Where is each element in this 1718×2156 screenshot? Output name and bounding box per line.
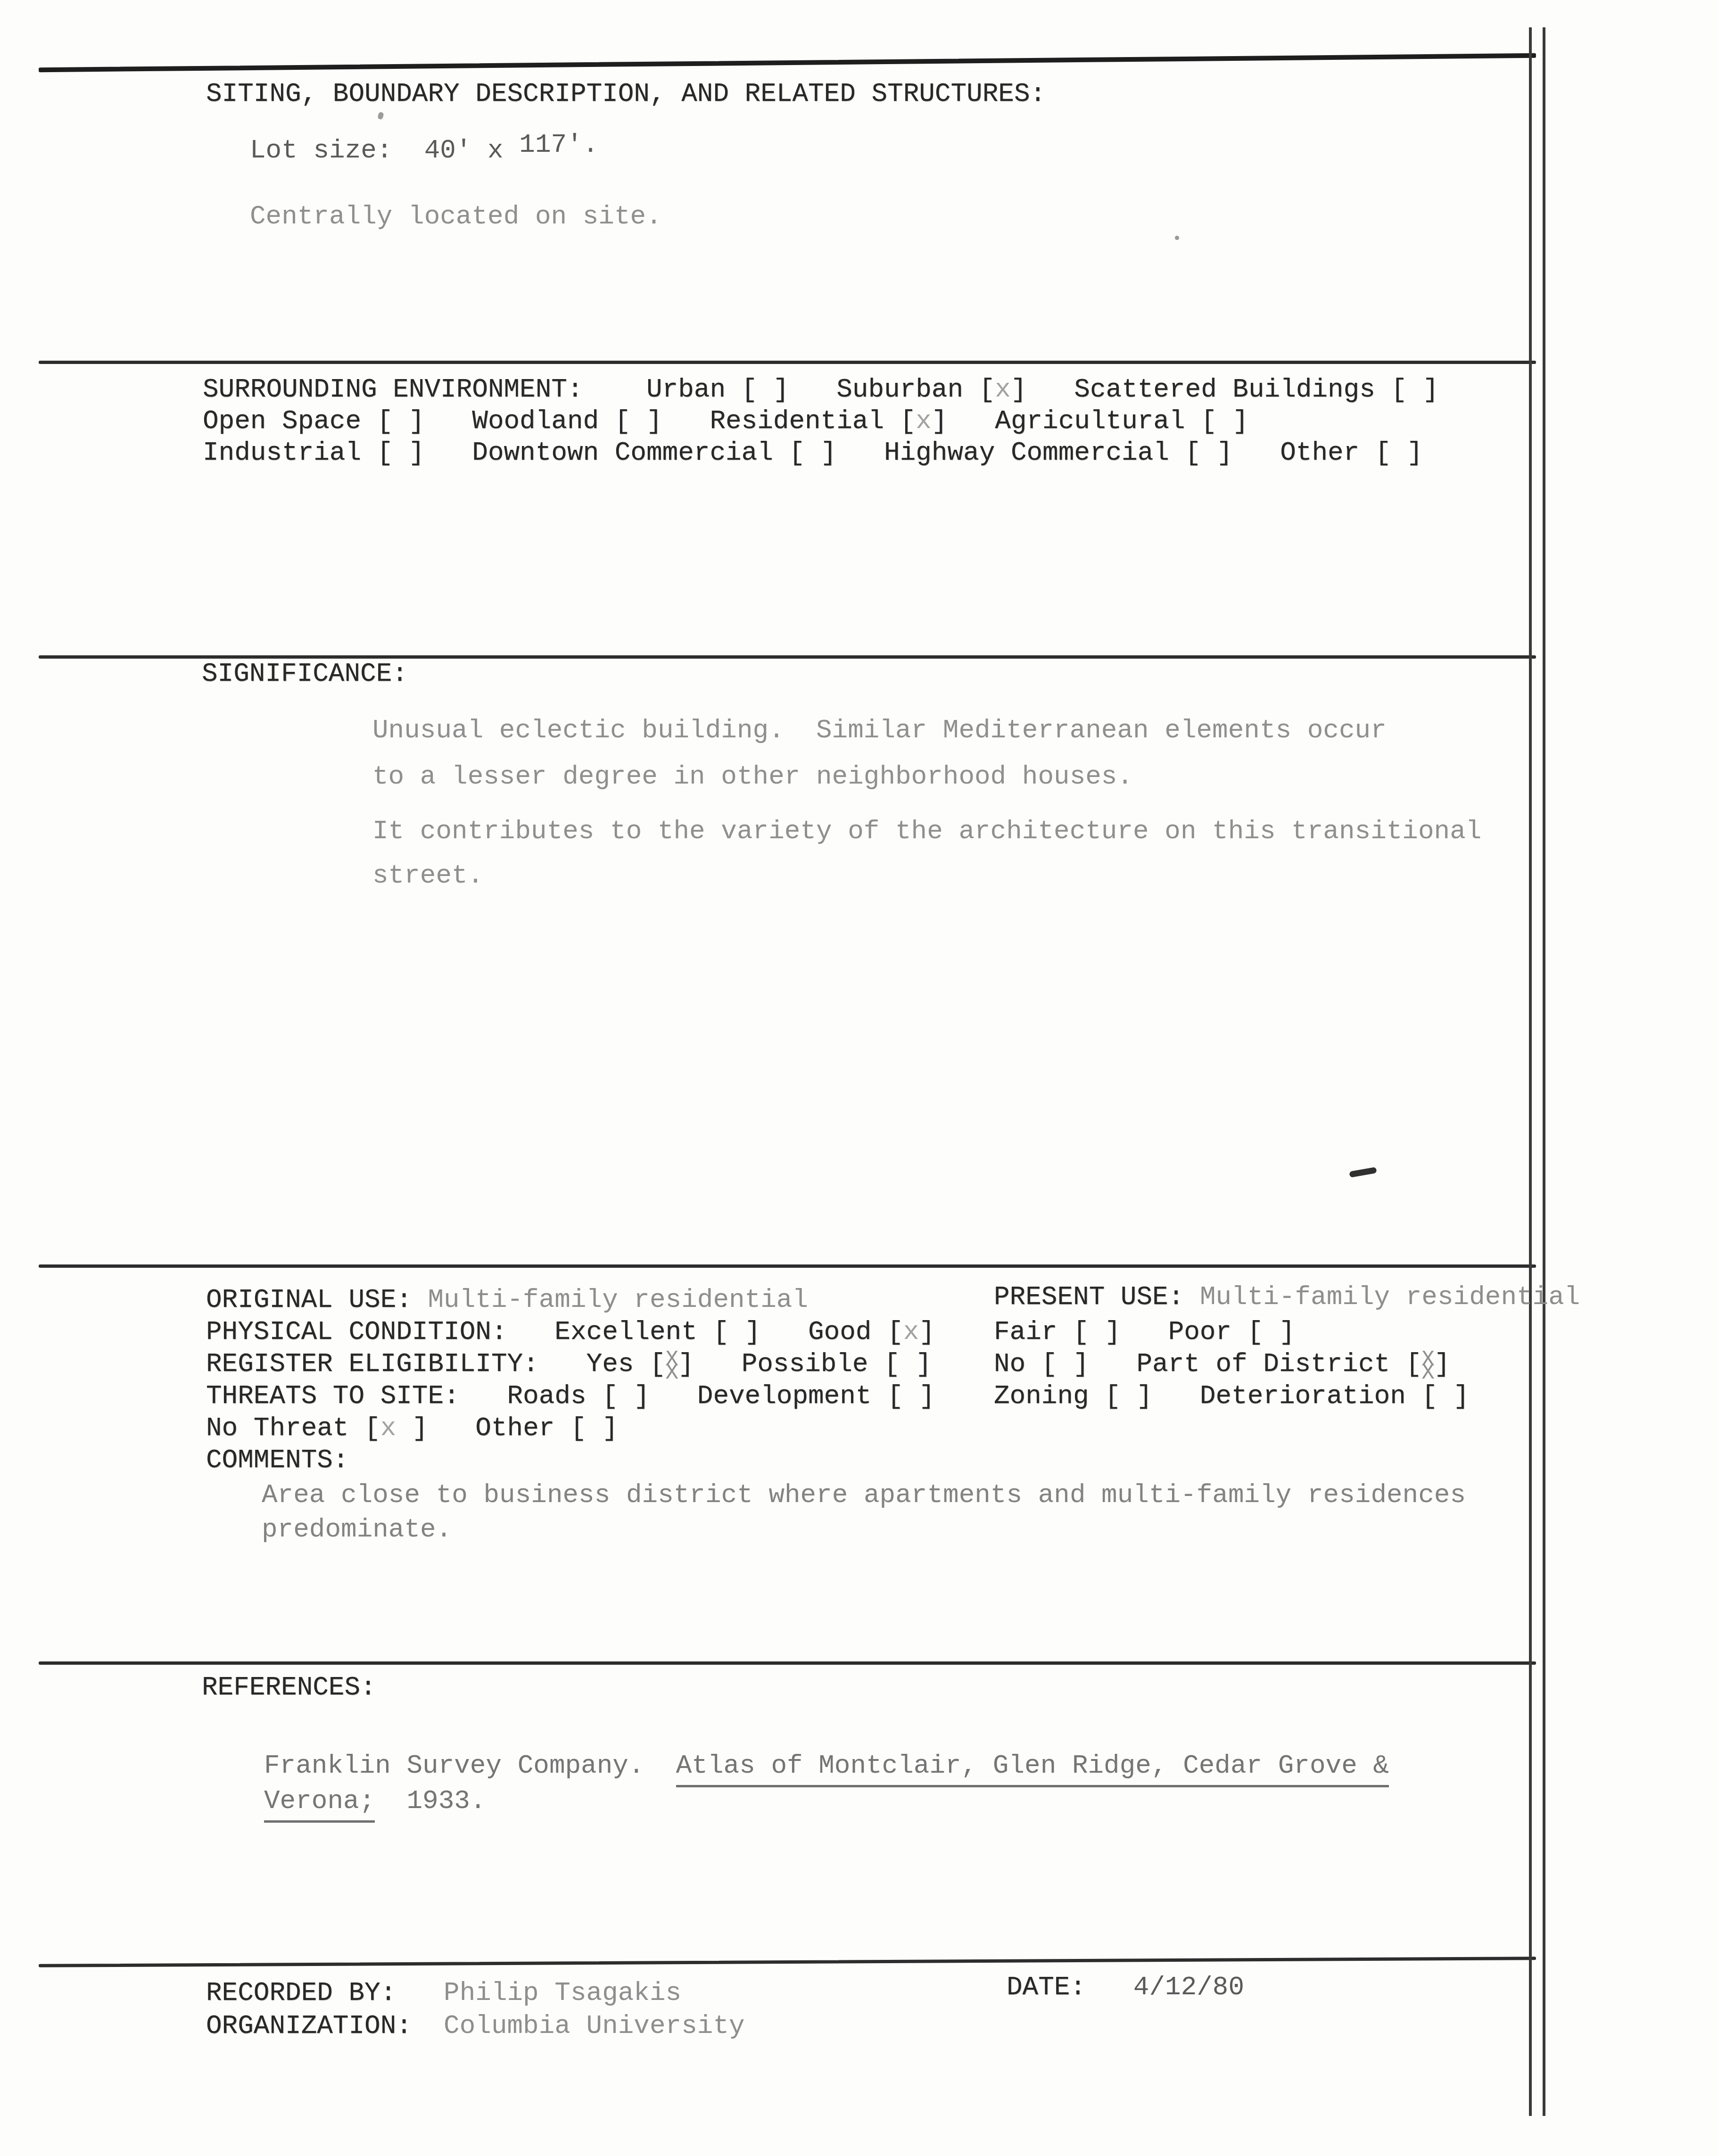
surrounding-environment-row-2: Open Space [ ] Woodland [ ] Residential … <box>203 406 1248 436</box>
reference-citation-line-1: Franklin Survey Company. Atlas of Montcl… <box>264 1751 1389 1780</box>
significance-paragraph1-line2: to a lesser degree in other neighborhood… <box>372 762 1133 791</box>
threats-to-site-right: Zoning [ ] Deterioration [ ] <box>994 1381 1469 1411</box>
section-divider-top <box>39 53 1536 72</box>
present-use-line: PRESENT USE: Multi-family residential <box>994 1282 1580 1312</box>
threats-to-site-line: THREATS TO SITE: Roads [ ] Development [… <box>206 1381 935 1411</box>
significance-paragraph2-line2: street. <box>372 861 483 890</box>
comments-text-line-1: Area close to business district where ap… <box>262 1480 1466 1510</box>
organization-line: ORGANIZATION: Columbia University <box>206 2011 745 2040</box>
siting-section-heading: SITING, BOUNDARY DESCRIPTION, AND RELATE… <box>206 79 1046 108</box>
ink-smudge <box>1349 1167 1377 1178</box>
no-threat-line: No Threat [x ] Other [ ] <box>206 1413 618 1443</box>
lot-size-line: Lot size: 40' x 117'. <box>250 136 598 165</box>
survey-form-page: SITING, BOUNDARY DESCRIPTION, AND RELATE… <box>0 0 1718 2156</box>
significance-heading: SIGNIFICANCE: <box>202 659 408 688</box>
recorded-by-line: RECORDED BY: Philip Tsagakis <box>206 1978 681 2007</box>
physical-condition-line: PHYSICAL CONDITION: Excellent [ ] Good [… <box>206 1317 935 1346</box>
original-use-line: ORIGINAL USE: Multi-family residential <box>206 1285 808 1314</box>
section-divider-use <box>39 1264 1536 1268</box>
comments-text-line-2: predominate. <box>262 1515 452 1544</box>
surrounding-environment-row-3: Industrial [ ] Downtown Commercial [ ] H… <box>203 438 1423 467</box>
significance-paragraph2-line1: It contributes to the variety of the arc… <box>372 817 1481 846</box>
ink-speck <box>377 112 384 120</box>
section-divider-references <box>39 1661 1536 1665</box>
references-heading: REFERENCES: <box>202 1673 376 1702</box>
right-double-rule-inner <box>1529 27 1532 2116</box>
date-line: DATE: 4/12/80 <box>1007 1973 1244 2002</box>
section-divider-footer <box>39 1957 1536 1967</box>
site-location-line: Centrally located on site. <box>250 202 662 231</box>
ink-dot <box>1175 236 1179 240</box>
section-divider-environment <box>39 361 1536 364</box>
significance-paragraph1-line1: Unusual eclectic building. Similar Medit… <box>372 716 1387 745</box>
surrounding-environment-row-1: SURROUNDING ENVIRONMENT: Urban [ ] Subur… <box>203 375 1438 404</box>
section-divider-significance <box>39 655 1536 659</box>
register-eligibility-line: REGISTER ELIGIBILITY: Yes [X X] Possible… <box>206 1349 932 1380</box>
right-double-rule-outer <box>1543 27 1545 2116</box>
physical-condition-right: Fair [ ] Poor [ ] <box>994 1317 1295 1346</box>
register-eligibility-right: No [ ] Part of District [X X] <box>994 1349 1450 1380</box>
comments-heading: COMMENTS: <box>206 1446 348 1475</box>
reference-citation-line-2: Verona; 1933. <box>264 1786 486 1816</box>
